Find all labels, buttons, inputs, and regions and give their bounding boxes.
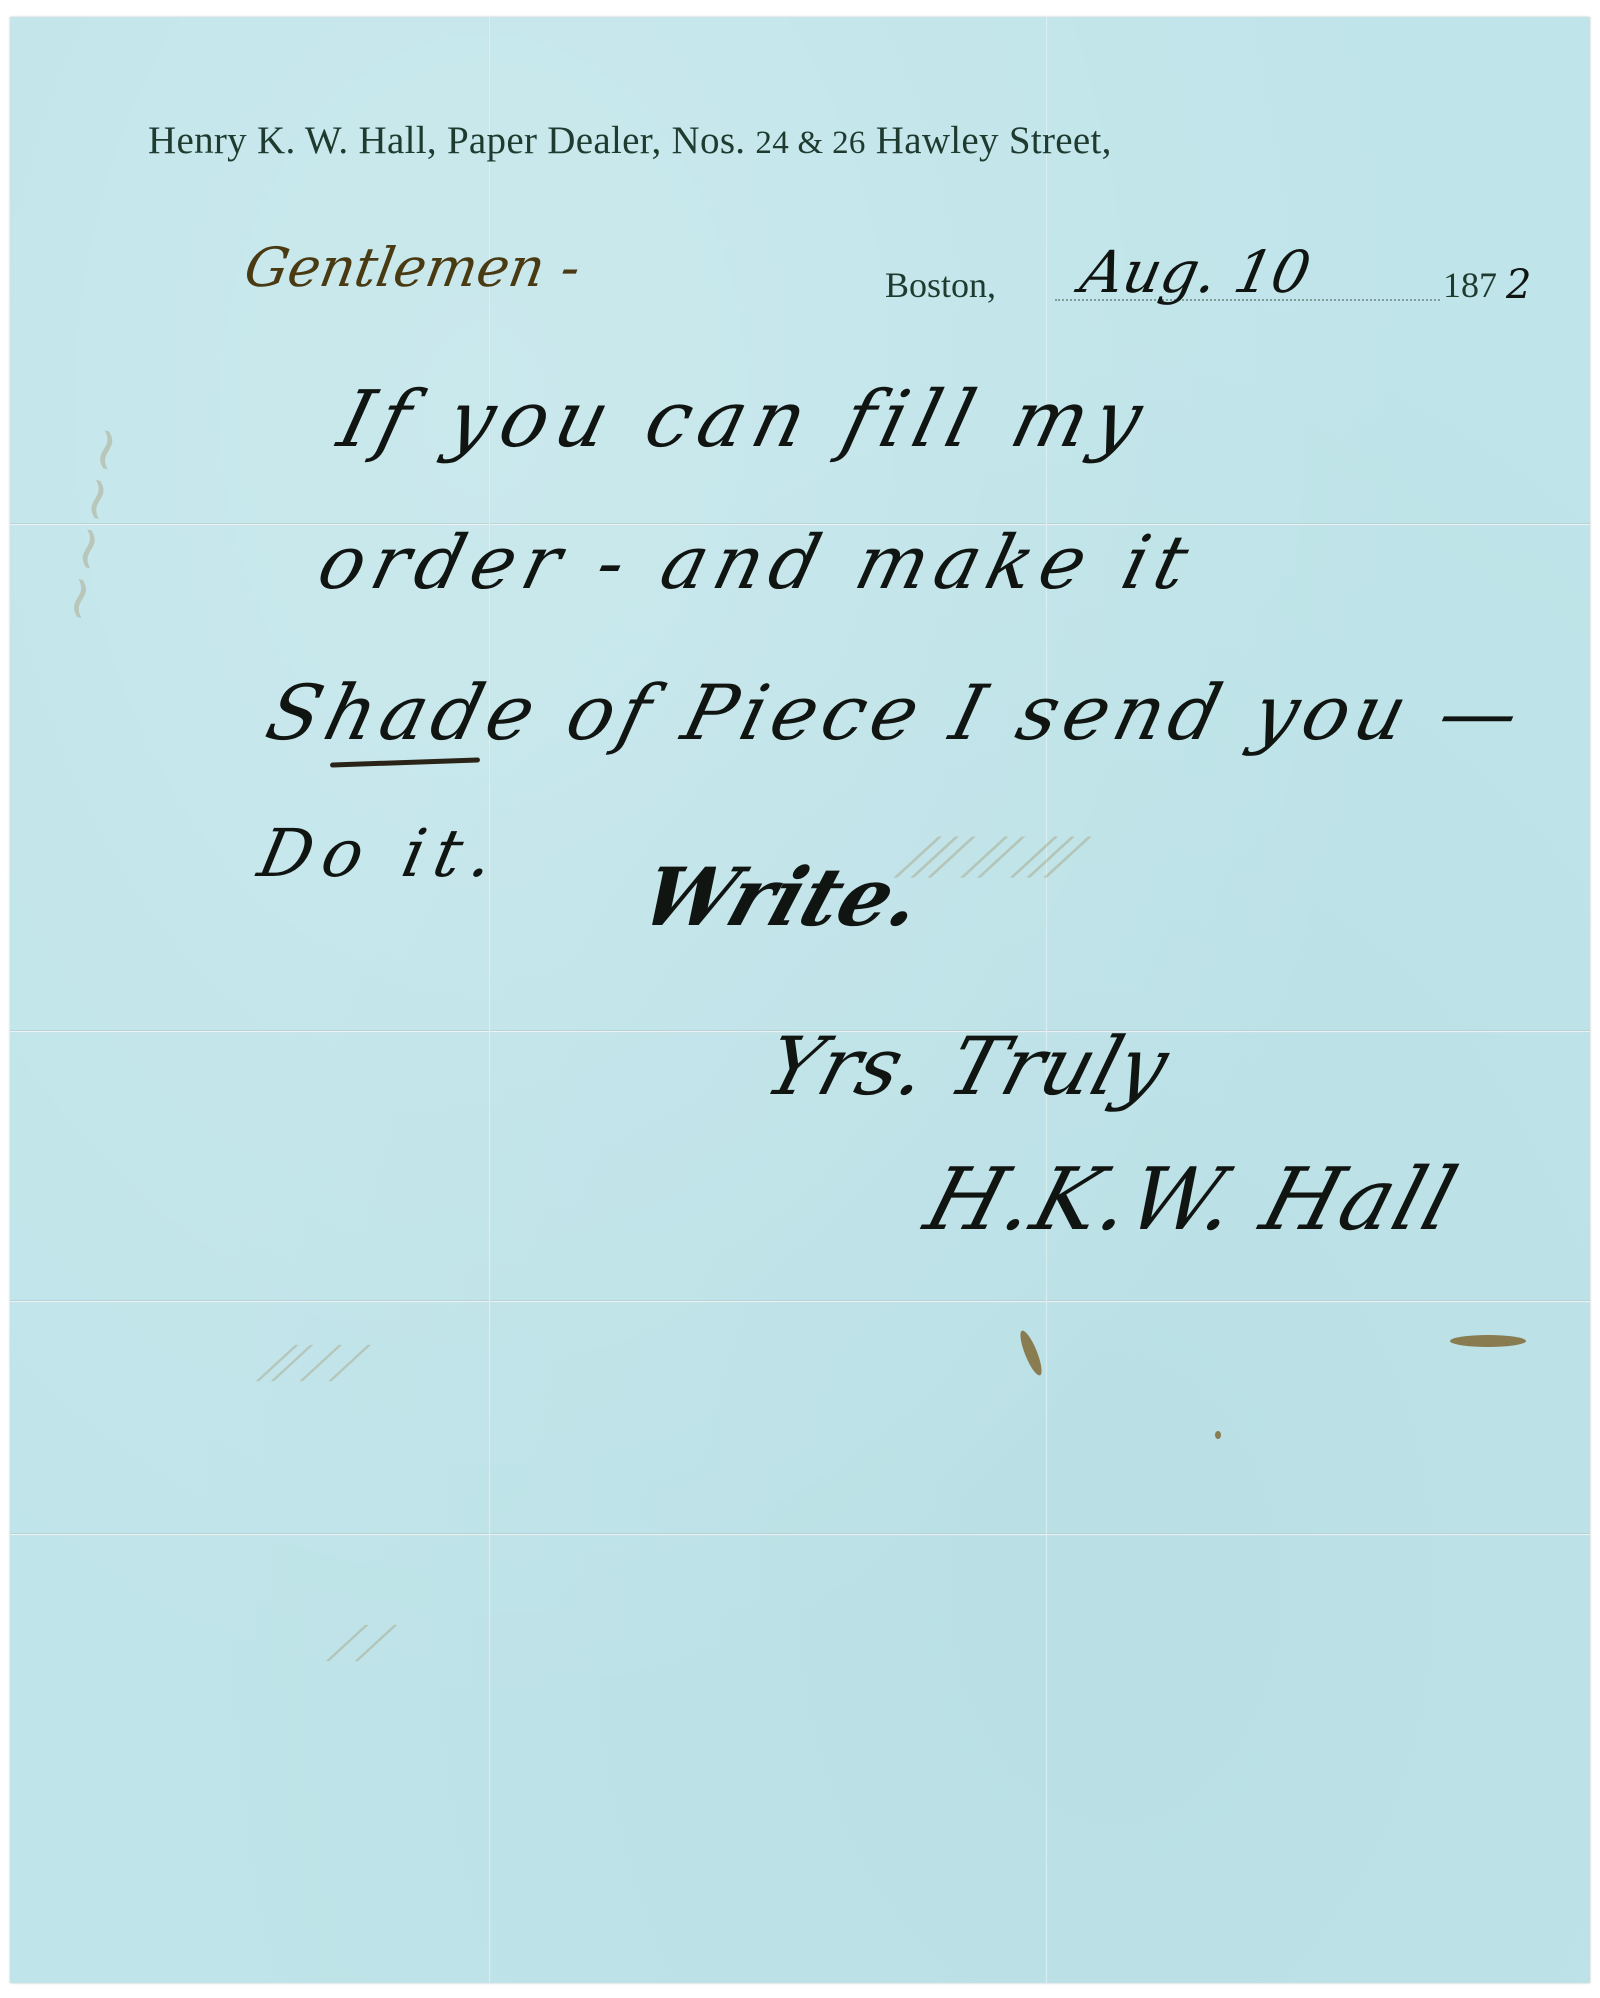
- ink-stain: [1450, 1335, 1526, 1347]
- letterhead: Henry K. W. Hall, Paper Dealer, Nos. 24 …: [148, 118, 1112, 163]
- year-printed: 187: [1443, 264, 1497, 306]
- body-line-4: Do it.: [252, 815, 511, 892]
- fold-line: [10, 1533, 1590, 1536]
- ink-offset: // / /: [255, 1337, 372, 1388]
- letterhead-street: Hawley Street,: [876, 119, 1112, 162]
- body-line-2: order - and make it: [310, 520, 1204, 606]
- body-line-5: Write.: [630, 850, 935, 944]
- body-line-1: If you can fill my: [330, 375, 1159, 465]
- ink-offset: / /: [325, 1617, 398, 1668]
- date-handwritten: Aug. 10: [1075, 238, 1317, 306]
- ink-stain: [1215, 1431, 1221, 1439]
- ink-stain: [1016, 1329, 1045, 1378]
- signature: H.K.W. Hall: [915, 1150, 1469, 1250]
- dateline-city: Boston,: [885, 264, 996, 306]
- letterhead-numbers: 24 & 26: [755, 125, 865, 161]
- closing: Yrs. Truly: [755, 1020, 1179, 1113]
- body-line-3: Shade of Piece I send you —: [258, 668, 1534, 757]
- letter-paper: ~~~~ /// // /// // / / / /: [10, 17, 1590, 1983]
- fold-line: [10, 1300, 1590, 1303]
- salutation: Gentlemen -: [240, 236, 585, 299]
- letterhead-name: Henry K. W. Hall, Paper Dealer, Nos.: [148, 119, 745, 162]
- year-handwritten-digit: 2: [1506, 262, 1531, 308]
- fold-line: [1045, 17, 1048, 1983]
- fold-line: [488, 17, 491, 1983]
